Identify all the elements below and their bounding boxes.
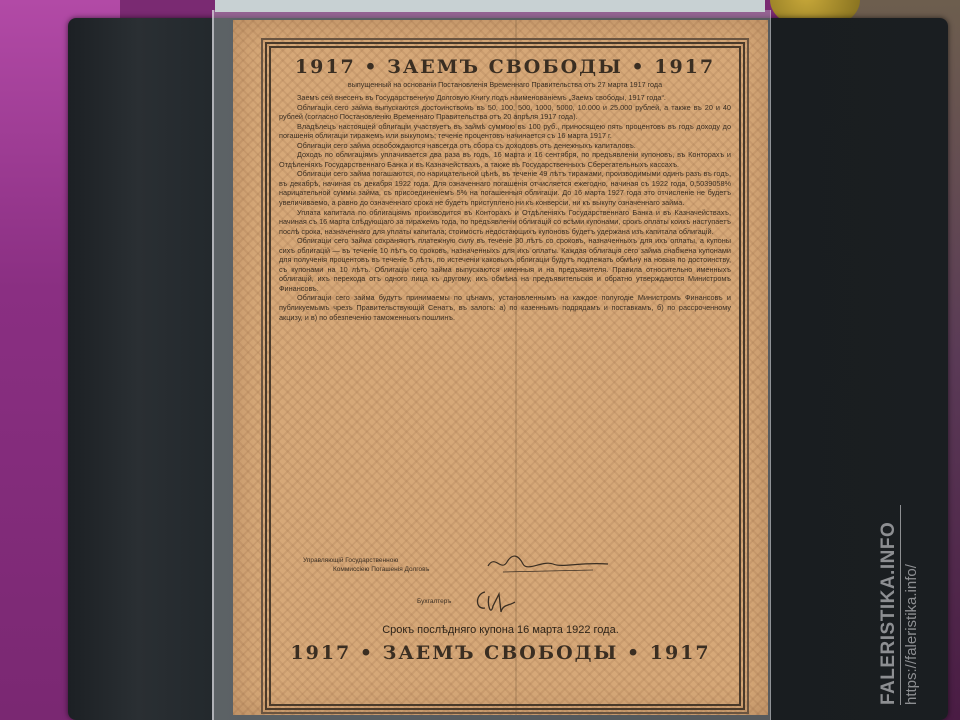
paragraph: Заемъ сей внесенъ въ Государственную Дол… [279,93,731,103]
watermark-rotated: FALERISTIKA.INFO https://faleristika.inf… [878,505,938,705]
paragraph: Облигаціи сего займа будутъ принимаемы п… [279,293,731,322]
paragraph: Доходъ по облигаціямъ уплачивается два р… [279,150,731,169]
document-title-bottom-text: 1917 • ЗАЕМЪ СВОБОДЫ • 1917 [233,642,768,664]
paragraph: Облигаціи сего займа освобождаются навсе… [279,141,731,151]
coupon-deadline: Срокъ послѣдняго купона 16 марта 1922 го… [233,624,768,636]
signatory-line-2: Коммиссіею Погашенія Долговъ [303,565,429,574]
watermark-url: https://faleristika.info/ [900,505,920,705]
paragraph: Облигаціи сего займа выпускаются достоин… [279,103,731,122]
signature-2-icon [471,586,521,620]
accountant-label: Бухгалтеръ [417,598,451,605]
document-subtitle: выпущенный на основаніи Постановленія Вр… [279,80,731,89]
signatory-label: Управляющій Государственною Коммиссіею П… [303,556,429,574]
bond-document: 1917 • ЗАЕМЪ СВОБОДЫ • 1917 выпущенный н… [233,20,768,715]
paragraph: Облигаціи сего займа погашаются, по нари… [279,169,731,207]
paragraph: Уплата капитала по облигаціямъ производи… [279,208,731,237]
signatory-line-1: Управляющій Государственною [303,556,429,565]
paragraph: Облигаціи сего займа сохраняютъ платежну… [279,236,731,293]
watermark-brand: FALERISTIKA.INFO [878,505,900,705]
signature-1-icon [483,550,613,576]
document-body: Заемъ сей внесенъ въ Государственную Дол… [279,93,731,322]
paragraph: Владѣлецъ настоящей облигаціи участвуетъ… [279,122,731,141]
sleeve-top-edge [215,0,765,12]
watermark: FALERISTIKA.INFO https://faleristika.inf… [878,505,938,705]
document-title-bottom: 1917 • ЗАЕМЪ СВОБОДЫ • 1917 [233,640,768,664]
document-title: 1917 • ЗАЕМЪ СВОБОДЫ • 1917 [279,56,731,78]
